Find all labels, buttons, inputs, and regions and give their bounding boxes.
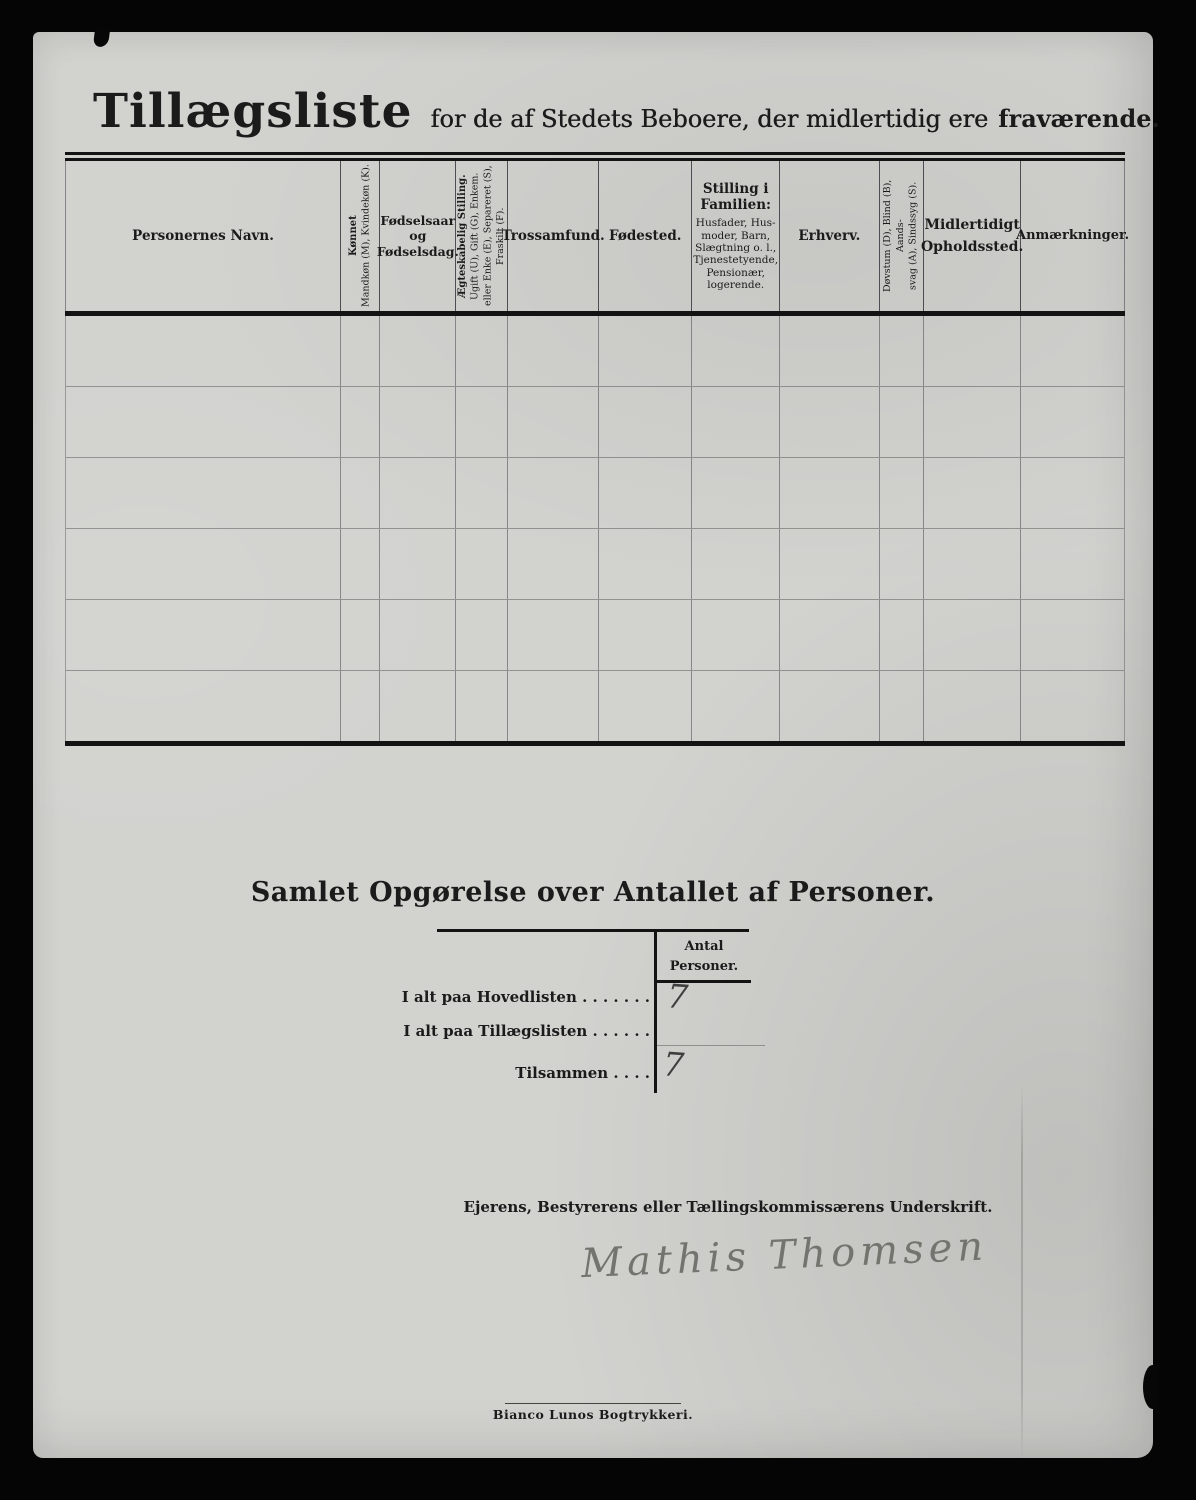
rotated-line: Ægteskabelig Stilling. — [456, 164, 470, 308]
summary-row-hovedlisten-label: I alt paa Hovedlisten . . . . . . . — [402, 988, 650, 1006]
column-header-stilling-i-familien: Stilling i Familien: Husfader, Hus­moder… — [692, 161, 780, 311]
table-cell-sex — [341, 458, 380, 528]
column-header-label: Trossamfund. — [502, 228, 605, 245]
rotated-line: eller Enke (E), Separeret (S), — [482, 164, 495, 308]
table-row — [66, 458, 1124, 529]
table-cell-disability — [880, 529, 924, 599]
summary-title: Samlet Opgørelse over Antallet af Person… — [33, 877, 1153, 908]
column-header-label: Anmærkninger. — [1016, 228, 1129, 244]
column-header-koennet: Kønnet Mandkøn (M), Kvindekøn (K). — [341, 161, 380, 311]
table-cell-family_position — [692, 387, 780, 457]
table-cell-occupation — [780, 387, 879, 457]
table-cell-birthplace — [599, 529, 692, 599]
table-cell-disability — [880, 671, 924, 741]
column-header-doevstum: Døvstum (D), Blind (B), Aands- svag (A),… — [880, 161, 924, 311]
column-header-label: Midlertidigt Opholdssted. — [921, 214, 1023, 259]
table-cell-occupation — [780, 600, 879, 670]
table-cell-name — [66, 529, 341, 599]
table-cell-birthplace — [599, 316, 692, 386]
table-cell-remarks — [1021, 458, 1124, 528]
table-cell-temporary_residence — [924, 600, 1021, 670]
column-header-erhverv: Erhverv. — [780, 161, 879, 311]
signature-caption: Ejerens, Bestyrerens eller Tællingskommi… — [388, 1198, 1068, 1216]
rotated-header-text: Ægteskabelig Stilling. Ugift (U), Gift (… — [456, 164, 508, 308]
column-header-label: Fødested. — [609, 228, 681, 245]
table-cell-birth — [380, 671, 456, 741]
table-cell-marital — [456, 387, 508, 457]
table-cell-marital — [456, 458, 508, 528]
printer-imprint: Bianco Lunos Bogtrykkeri. — [453, 1407, 733, 1422]
table-body — [65, 316, 1125, 741]
table-cell-remarks — [1021, 671, 1124, 741]
table-cell-occupation — [780, 458, 879, 528]
table-header-row: Personernes Navn. Kønnet Mandkøn (M), Kv… — [65, 161, 1125, 311]
table-row — [66, 316, 1124, 387]
rotated-line: Døvstum (D), Blind (B), Aands- — [882, 164, 908, 308]
table-cell-sex — [341, 671, 380, 741]
table-cell-remarks — [1021, 387, 1124, 457]
census-table: Personernes Navn. Kønnet Mandkøn (M), Kv… — [65, 152, 1125, 746]
table-cell-marital — [456, 316, 508, 386]
column-header-label: Personernes Navn. — [132, 228, 274, 245]
table-cell-temporary_residence — [924, 316, 1021, 386]
table-cell-birthplace — [599, 458, 692, 528]
page-title: Tillægsliste for de af Stedets Beboere, … — [93, 84, 1123, 139]
table-cell-faith — [508, 529, 599, 599]
paper-tear-notch — [93, 28, 110, 48]
table-cell-birth — [380, 387, 456, 457]
census-form-page: Tillægsliste for de af Stedets Beboere, … — [33, 32, 1153, 1458]
table-cell-family_position — [692, 600, 780, 670]
table-cell-family_position — [692, 671, 780, 741]
rotated-line: Mandkøn (M), Kvindekøn (K). — [360, 164, 373, 308]
table-cell-birthplace — [599, 600, 692, 670]
table-cell-faith — [508, 458, 599, 528]
rotated-line: Kønnet — [347, 164, 361, 308]
rotated-header-text: Kønnet Mandkøn (M), Kvindekøn (K). — [347, 164, 373, 308]
rotated-line: svag (A), Sindssyg (S). — [908, 164, 921, 308]
column-header-foedested: Fødested. — [599, 161, 692, 311]
signature-handwritten: Mathis Thomsen — [580, 1223, 1002, 1287]
table-cell-birthplace — [599, 671, 692, 741]
summary-column-header-line: Personer. — [659, 957, 749, 977]
page-title-sub: for de af Stedets Beboere, der midlertid… — [430, 105, 988, 133]
table-top-rule — [65, 152, 1125, 161]
table-cell-temporary_residence — [924, 671, 1021, 741]
page-title-main: Tillægsliste — [93, 84, 412, 139]
paper-edge-dent — [1143, 1365, 1159, 1409]
table-cell-birth — [380, 529, 456, 599]
table-cell-sex — [341, 316, 380, 386]
table-row — [66, 600, 1124, 671]
column-header-personernes-navn: Personernes Navn. — [66, 161, 341, 311]
summary-vertical-rule — [654, 929, 657, 1093]
table-cell-marital — [456, 671, 508, 741]
table-cell-disability — [880, 387, 924, 457]
table-cell-occupation — [780, 529, 879, 599]
column-header-label: Stilling i Familien: — [695, 181, 776, 215]
rotated-line: Fraskilt (F). — [495, 164, 508, 308]
table-cell-birth — [380, 458, 456, 528]
table-cell-temporary_residence — [924, 458, 1021, 528]
table-cell-remarks — [1021, 600, 1124, 670]
table-cell-marital — [456, 529, 508, 599]
scan-background: Tillægsliste for de af Stedets Beboere, … — [0, 0, 1196, 1500]
table-cell-name — [66, 671, 341, 741]
rotated-line: Ugift (U), Gift (G), Enkem. — [469, 164, 482, 308]
rotated-header-text: Døvstum (D), Blind (B), Aands- svag (A),… — [882, 164, 920, 308]
table-cell-temporary_residence — [924, 387, 1021, 457]
table-cell-family_position — [692, 458, 780, 528]
table-row — [66, 671, 1124, 741]
table-cell-birth — [380, 600, 456, 670]
table-cell-remarks — [1021, 316, 1124, 386]
table-cell-faith — [508, 671, 599, 741]
summary-top-rule — [437, 929, 749, 932]
table-row — [66, 387, 1124, 458]
table-cell-faith — [508, 600, 599, 670]
column-header-sublabel: Husfader, Hus­moder, Barn, Slægtning o. … — [693, 217, 778, 291]
summary-row-tilsammen-label: Tilsammen . . . . — [515, 1064, 650, 1082]
table-cell-marital — [456, 600, 508, 670]
summary-column-header: Antal Personer. — [659, 937, 749, 977]
table-cell-family_position — [692, 529, 780, 599]
table-cell-sex — [341, 529, 380, 599]
table-cell-occupation — [780, 316, 879, 386]
table-row — [66, 529, 1124, 600]
printer-rule — [505, 1403, 681, 1404]
paper-crease — [1021, 1084, 1023, 1464]
table-cell-faith — [508, 316, 599, 386]
table-cell-birthplace — [599, 387, 692, 457]
column-header-midlertidigt-opholdssted: Midlertidigt Opholdssted. — [924, 161, 1021, 311]
summary-column-header-line: Antal — [659, 937, 749, 957]
column-header-label: Fødselsaar og Fødselsdag. — [377, 213, 459, 260]
table-cell-birth — [380, 316, 456, 386]
summary-tilsammen-value-handwritten: 7 — [662, 1047, 685, 1081]
column-header-trossamfund: Trossamfund. — [508, 161, 599, 311]
page-title-sub-bold: fraværende. — [998, 104, 1160, 133]
table-cell-family_position — [692, 316, 780, 386]
table-cell-sex — [341, 387, 380, 457]
table-cell-name — [66, 600, 341, 670]
table-cell-disability — [880, 458, 924, 528]
table-bottom-rule — [65, 741, 1125, 746]
column-header-foedselsaar: Fødselsaar og Fødselsdag. — [380, 161, 456, 311]
table-cell-faith — [508, 387, 599, 457]
table-cell-occupation — [780, 671, 879, 741]
table-cell-name — [66, 387, 341, 457]
column-header-aegteskabelig-stilling: Ægteskabelig Stilling. Ugift (U), Gift (… — [456, 161, 508, 311]
table-cell-name — [66, 458, 341, 528]
summary-row-tillaegslisten-label: I alt paa Tillægslisten . . . . . . — [403, 1022, 650, 1040]
column-header-label: Erhverv. — [798, 228, 860, 245]
table-cell-name — [66, 316, 341, 386]
table-cell-remarks — [1021, 529, 1124, 599]
table-cell-sex — [341, 600, 380, 670]
table-cell-disability — [880, 316, 924, 386]
table-cell-temporary_residence — [924, 529, 1021, 599]
summary-hovedlisten-value-handwritten: 7 — [666, 979, 689, 1013]
column-header-anmaerkninger: Anmærkninger. — [1021, 161, 1124, 311]
table-cell-disability — [880, 600, 924, 670]
